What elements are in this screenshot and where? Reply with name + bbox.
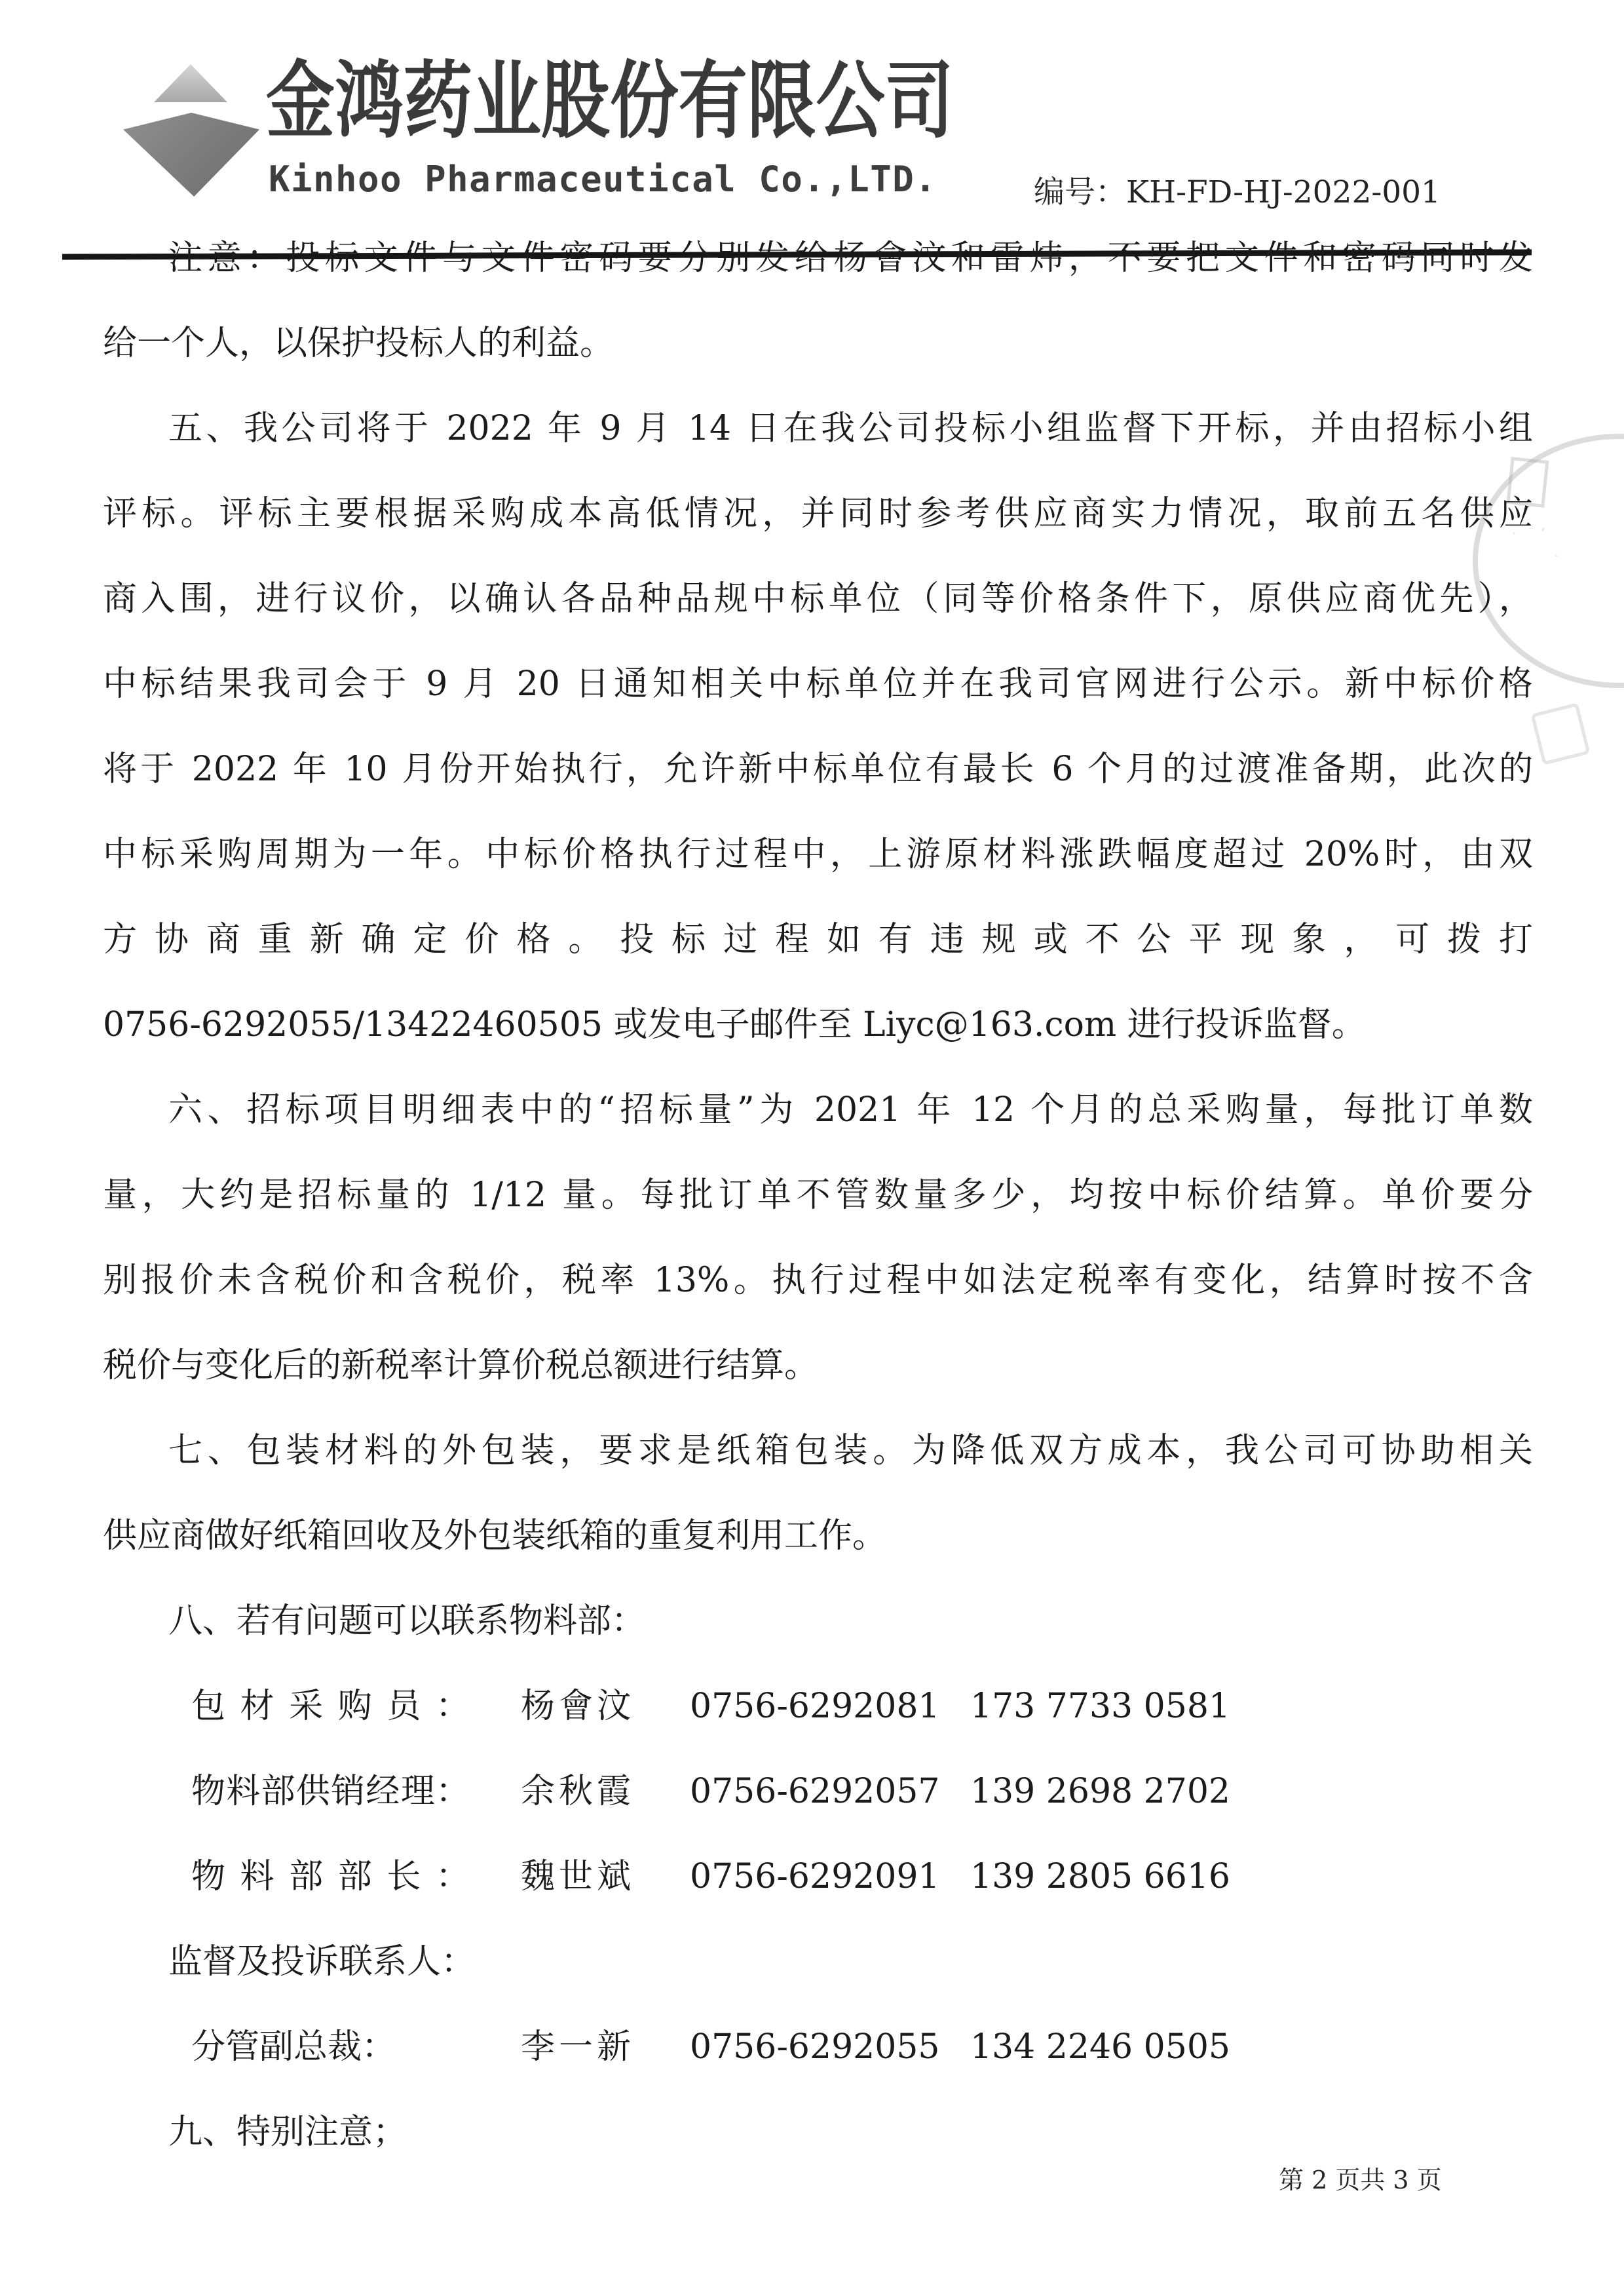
kinhoo-logo [123, 64, 261, 199]
contact-row: 分管副总裁：李一新0756-6292055134 2246 0505 [103, 2004, 1533, 2090]
stamp-mark [1530, 702, 1590, 765]
contact-role: 包材采购员： [191, 1664, 470, 1749]
body-line: 监督及投诉联系人： [103, 1919, 1533, 2004]
body-line: 别报价未含税价和含税价，税率 13%。执行过程中如法定税率有变化，结算时按不含 [103, 1238, 1533, 1323]
contact-role: 物料部供销经理： [191, 1749, 470, 1834]
body-line: 量，大约是招标量的 1/12 量。每批订单不管数量多少，均按中标价结算。单价要分 [103, 1153, 1533, 1238]
doc-number-value: KH-FD-HJ-2022-001 [1126, 174, 1441, 210]
contact-name: 余秋霞 [521, 1749, 639, 1834]
contact-phone: 0756-6292081 [690, 1664, 920, 1749]
body-line: 七、包装材料的外包装，要求是纸箱包装。为降低双方成本，我公司可协助相关 [103, 1408, 1533, 1493]
doc-number-label: 编号： [1034, 174, 1126, 210]
contact-phone: 0756-6292057 [690, 1749, 920, 1834]
body-line: 六、招标项目明细表中的“招标量”为 2021 年 12 个月的总采购量，每批订单… [103, 1067, 1533, 1153]
company-name-cn: 金鸿药业股份有限公司 [266, 52, 954, 151]
page-footer: 第 2 页共 3 页 [1279, 2160, 1442, 2196]
body-line: 五、我公司将于 2022 年 9 月 14 日在我公司投标小组监督下开标，并由招… [103, 386, 1533, 471]
logo-diamond-icon [123, 113, 259, 197]
contact-name: 李一新 [521, 2004, 639, 2090]
contact-row: 物料部部长：魏世斌0756-6292091139 2805 6616 [103, 1834, 1533, 1919]
company-name-en: Kinhoo Pharmaceutical Co.,LTD. [269, 159, 937, 200]
body-line: 中标采购周期为一年。中标价格执行过程中，上游原材料涨跌幅度超过 20%时，由双 [103, 812, 1533, 897]
contact-role: 分管副总裁： [191, 2004, 470, 2090]
document-page: 金鸿药业股份有限公司 Kinhoo Pharmaceutical Co.,LTD… [0, 0, 1624, 2296]
contact-mobile: 134 2246 0505 [970, 2004, 1230, 2090]
body-line: 将于 2022 年 10 月份开始执行，允许新中标单位有最长 6 个月的过渡准备… [103, 727, 1533, 812]
contact-role: 物料部部长： [191, 1834, 470, 1919]
contact-mobile: 139 2805 6616 [970, 1834, 1230, 1919]
contact-phone: 0756-6292091 [690, 1834, 920, 1919]
logo-triangle-icon [154, 64, 227, 102]
body-line: 供应商做好纸箱回收及外包装纸箱的重复利用工作。 [103, 1493, 1533, 1578]
contact-name: 魏世斌 [521, 1834, 639, 1919]
body-line: 注意：投标文件与文件密码要分别发给杨會汶和雷炜，不要把文件和密码同时发 [103, 216, 1533, 301]
body-line: 中标结果我司会于 9 月 20 日通知相关中标单位并在我司官网进行公示。新中标价… [103, 641, 1533, 727]
contact-row: 包材采购员：杨會汶0756-6292081173 7733 0581 [103, 1664, 1533, 1749]
body-line: 方协商重新确定价格。投标过程如有违规或不公平现象，可拨打 [103, 897, 1533, 982]
contact-mobile: 139 2698 2702 [970, 1749, 1230, 1834]
contact-row: 物料部供销经理：余秋霞0756-6292057139 2698 2702 [103, 1749, 1533, 1834]
body-line: 八、若有问题可以联系物料部： [103, 1578, 1533, 1664]
contact-phone: 0756-6292055 [690, 2004, 920, 2090]
body-line: 给一个人，以保护投标人的利益。 [103, 301, 1533, 386]
document-body: 注意：投标文件与文件密码要分别发给杨會汶和雷炜，不要把文件和密码同时发给一个人，… [103, 216, 1533, 2175]
doc-number: 编号：KH-FD-HJ-2022-001 [1034, 168, 1441, 212]
body-line: 商入围，进行议价，以确认各品种品规中标单位（同等价格条件下，原供应商优先）， [103, 556, 1533, 641]
body-line: 评标。评标主要根据采购成本高低情况，并同时参考供应商实力情况，取前五名供应 [103, 471, 1533, 556]
contact-mobile: 173 7733 0581 [970, 1664, 1230, 1749]
body-line: 0756-6292055/13422460505 或发电子邮件至 Liyc@16… [103, 982, 1533, 1067]
body-line: 税价与变化后的新税率计算价税总额进行结算。 [103, 1323, 1533, 1408]
contact-name: 杨會汶 [521, 1664, 639, 1749]
